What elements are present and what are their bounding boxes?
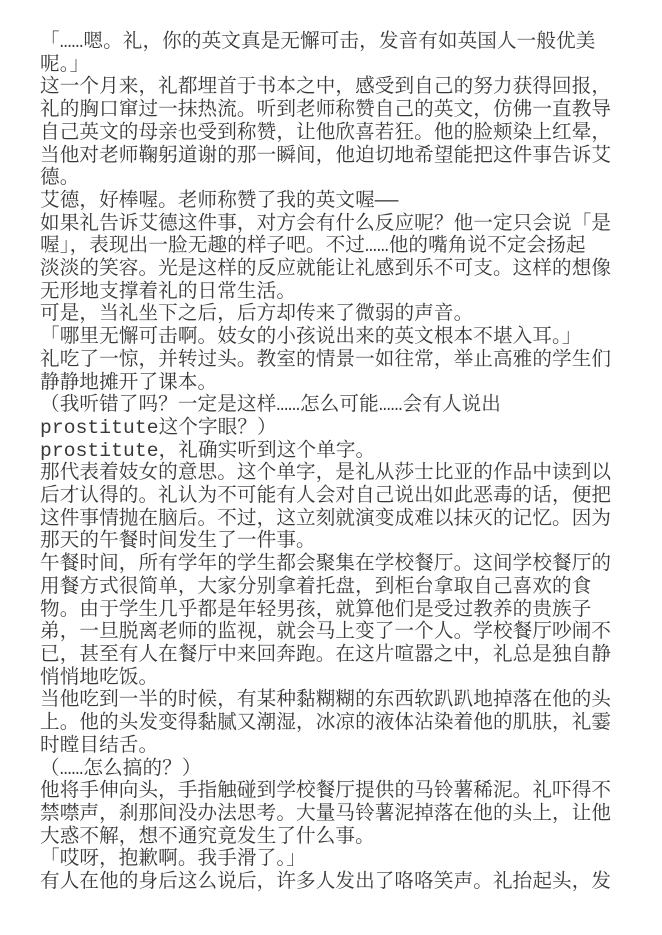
text-line: 「哎呀，抱歉啊。我手滑了。」 — [40, 848, 632, 871]
text-line: 「哪里无懈可击啊。妓女的小孩说出来的英文根本不堪入耳。」 — [40, 326, 632, 349]
text-line: prostitute，礼确实听到这个单字。 — [40, 440, 632, 463]
text-line: 无形地支撑着礼的日常生活。 — [40, 281, 632, 304]
page: 「……嗯。礼，你的英文真是无懈可击，发音有如英国人一般优美 呢。」 这一个月来，… — [0, 0, 662, 935]
text-line: 已，甚至有人在餐厅中来回奔跑。在这片喧嚣之中，礼总是独自静 — [40, 644, 632, 667]
text-line: 德。 — [40, 167, 632, 190]
text-line: 后才认得的。礼认为不可能有人会对自己说出如此恶毒的话，便把 — [40, 485, 632, 508]
text-line: 如果礼告诉艾德这件事，对方会有什么反应呢？他一定只会说「是 — [40, 213, 632, 236]
text-line: 弟，一旦脱离老师的监视，就会马上变了一个人。学校餐厅吵闹不 — [40, 621, 632, 644]
text-line: 当他对老师鞠躬道谢的那一瞬间，他迫切地希望能把这件事告诉艾 — [40, 145, 632, 168]
text-line: 午餐时间，所有学年的学生都会聚集在学校餐厅。这间学校餐厅的 — [40, 553, 632, 576]
text-line: 时瞠目结舌。 — [40, 735, 632, 758]
text-line: （我听错了吗？一定是这样……怎么可能……会有人说出 — [40, 394, 632, 417]
text-line: 上。他的头发变得黏腻又潮湿，冰凉的液体沾染着他的肌肤，礼霎 — [40, 712, 632, 735]
text-line: 呢。」 — [40, 54, 632, 77]
text-line: 那天的午餐时间发生了一件事。 — [40, 530, 632, 553]
text-line: 有人在他的身后这么说后，许多人发出了咯咯笑声。礼抬起头，发 — [40, 871, 632, 894]
text-line: 自己英文的母亲也受到称赞，让他欣喜若狂。他的脸颊染上红晕， — [40, 122, 632, 145]
text-line: 礼吃了一惊，并转过头。教室的情景一如往常，举止高雅的学生们 — [40, 349, 632, 372]
text-line: 物。由于学生几乎都是年轻男孩，就算他们是受过教养的贵族子 — [40, 599, 632, 622]
text-line: 当他吃到一半的时候，有某种黏糊糊的东西软趴趴地掉落在他的头 — [40, 689, 632, 712]
text-line: 「……嗯。礼，你的英文真是无懈可击，发音有如英国人一般优美 — [40, 31, 632, 54]
text-line: 淡淡的笑容。光是这样的反应就能让礼感到乐不可支。这样的想像 — [40, 258, 632, 281]
text-line: 禁噤声，刹那间没办法思考。大量马铃薯泥掉落在他的头上，让他 — [40, 803, 632, 826]
text-line: prostitute这个字眼？） — [40, 417, 632, 440]
text-line: （……怎么搞的？） — [40, 758, 632, 781]
text-line: 这件事情抛在脑后。不过，这立刻就演变成难以抹灭的记忆。因为 — [40, 508, 632, 531]
text-line: 那代表着妓女的意思。这个单字，是礼从莎士比亚的作品中读到以 — [40, 462, 632, 485]
text-line: 艾德，好棒喔。老师称赞了我的英文喔—— — [40, 190, 632, 213]
text-line: 用餐方式很简单，大家分别拿着托盘，到柜台拿取自己喜欢的食 — [40, 576, 632, 599]
text-line: 可是，当礼坐下之后，后方却传来了微弱的声音。 — [40, 303, 632, 326]
text-line: 静静地摊开了课本。 — [40, 372, 632, 395]
text-line: 礼的胸口窜过一抹热流。听到老师称赞自己的英文，仿佛一直教导 — [40, 99, 632, 122]
text-line: 大惑不解，想不通究竟发生了什么事。 — [40, 826, 632, 849]
text-line: 这一个月来，礼都埋首于书本之中，感受到自己的努力获得回报， — [40, 76, 632, 99]
text-line: 喔」，表现出一脸无趣的样子吧。不过……他的嘴角说不定会扬起 — [40, 235, 632, 258]
text-line: 悄悄地吃饭。 — [40, 667, 632, 690]
text-line: 他将手伸向头，手指触碰到学校餐厅提供的马铃薯稀泥。礼吓得不 — [40, 780, 632, 803]
